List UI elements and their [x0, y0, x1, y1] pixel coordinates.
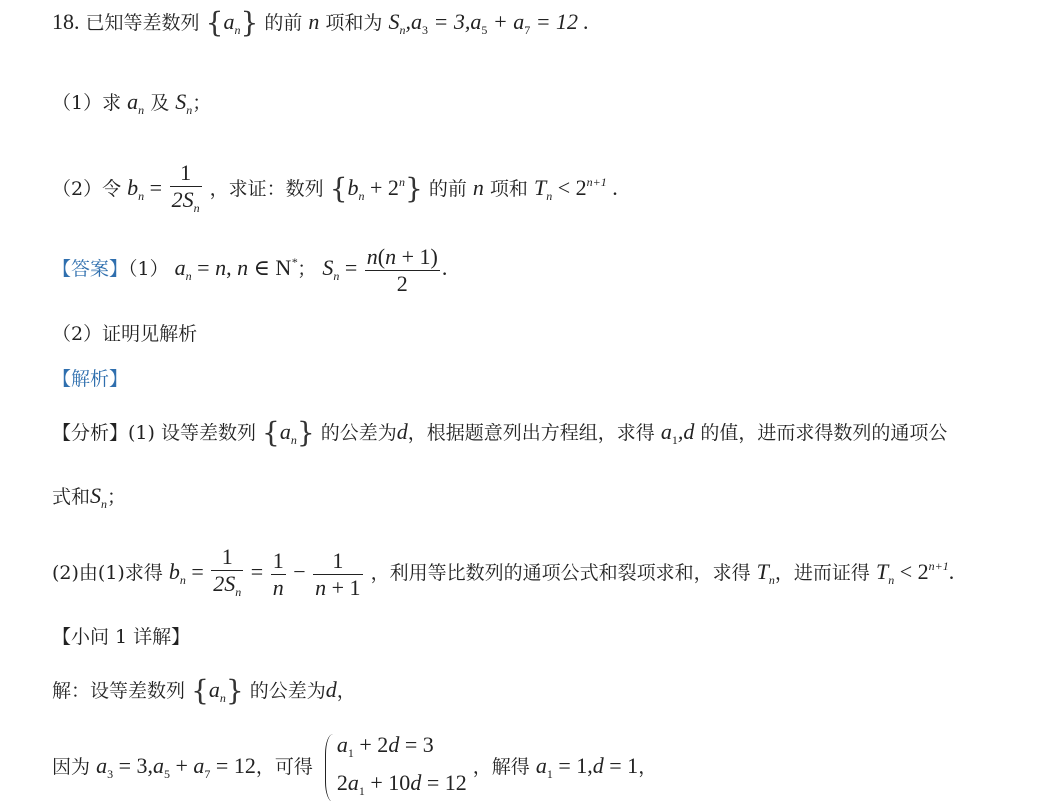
analysis-part2: (2)由(1)求得 bn = 12Sn = 1n − 1n + 1 ，利用等比数…	[52, 536, 954, 596]
analysis-part1: 【分析】(1) 设等差数列 {an} 的公差为d，根据题意列出方程组，求得 a1…	[52, 420, 947, 452]
math-n: n	[308, 9, 319, 34]
a-text: ，利用等比数列的通项公式和裂项求和，求得	[371, 562, 751, 584]
stem-conditions: Sn,a3 = 3,a5 + a7 = 12 .	[388, 9, 589, 34]
analysis-subtag: 【分析】	[52, 422, 128, 444]
d-text: ，解得	[473, 756, 530, 778]
q-text: 求	[102, 92, 121, 114]
a-text: 的值，进而求得数列的通项公	[700, 422, 947, 444]
stem-text: 项和为	[325, 12, 382, 34]
part1-question: （1）求 an 及 Sn；	[52, 90, 211, 122]
fraction-sn: n(n + 1)2	[365, 244, 440, 297]
q-text: ，求证：数列	[210, 178, 324, 200]
q-text: ；	[192, 92, 211, 114]
problem-stem: 18. 已知等差数列 {an} 的前 n 项和为 Sn,a3 = 3,a5 + …	[52, 10, 589, 42]
punct: ；	[297, 258, 316, 280]
d-text: ，	[337, 680, 356, 702]
equation-system: a1 + 2d = 3 2a1 + 10d = 12	[321, 730, 467, 801]
answer-tag: 【答案】	[52, 258, 128, 280]
detail-line1: 解：设等差数列 {an} 的公差为d，	[52, 678, 356, 710]
part-label: （1）	[52, 92, 102, 114]
a-text: (2)由(1)求得	[52, 562, 163, 584]
part-label: （2）	[52, 178, 102, 200]
stem-text: 的前	[264, 12, 302, 34]
a-text: 的公差为	[321, 422, 397, 444]
part2-question: （2）令 bn = 12Sn ，求证：数列 {bn + 2n} 的前 n 项和 …	[52, 152, 618, 212]
q-text: 项和	[490, 178, 528, 200]
detail-line2: 因为 a3 = 3,a5 + a7 = 12，可得 a1 + 2d = 3 2a…	[52, 730, 657, 796]
a-text: 设等差数列	[161, 422, 256, 444]
answer-line: 【答案】（1） an = n, n ∈ N*； Sn = n(n + 1)2.	[52, 232, 447, 292]
d-text: ，	[638, 756, 657, 778]
q-text: 令	[102, 178, 121, 200]
answer-part2: （2）证明见解析	[52, 322, 197, 346]
part-label: (1)	[128, 422, 155, 444]
q-text: 的前	[429, 178, 467, 200]
analysis-tag: 【解析】	[52, 367, 128, 391]
stem-text: 已知等差数列	[86, 12, 200, 34]
fraction-b-def: 12Sn	[170, 160, 202, 221]
d-text: 的公差为	[250, 680, 326, 702]
q-text: 及	[150, 92, 169, 114]
d-text: 因为	[52, 756, 90, 778]
analysis-part1-cont: 式和Sn；	[52, 484, 126, 516]
d-text: 解：设等差数列	[52, 680, 185, 702]
a-text: 式和	[52, 486, 90, 508]
detail-tag: 【小问 1 详解】	[52, 625, 190, 649]
problem-number: 18.	[52, 9, 80, 34]
a-text: ；	[107, 486, 126, 508]
a-text: ，根据题意列出方程组，求得	[408, 422, 655, 444]
d-text: ，可得	[256, 756, 313, 778]
a-text: ，进而证得	[775, 562, 870, 584]
part-label: （1）	[128, 258, 169, 280]
